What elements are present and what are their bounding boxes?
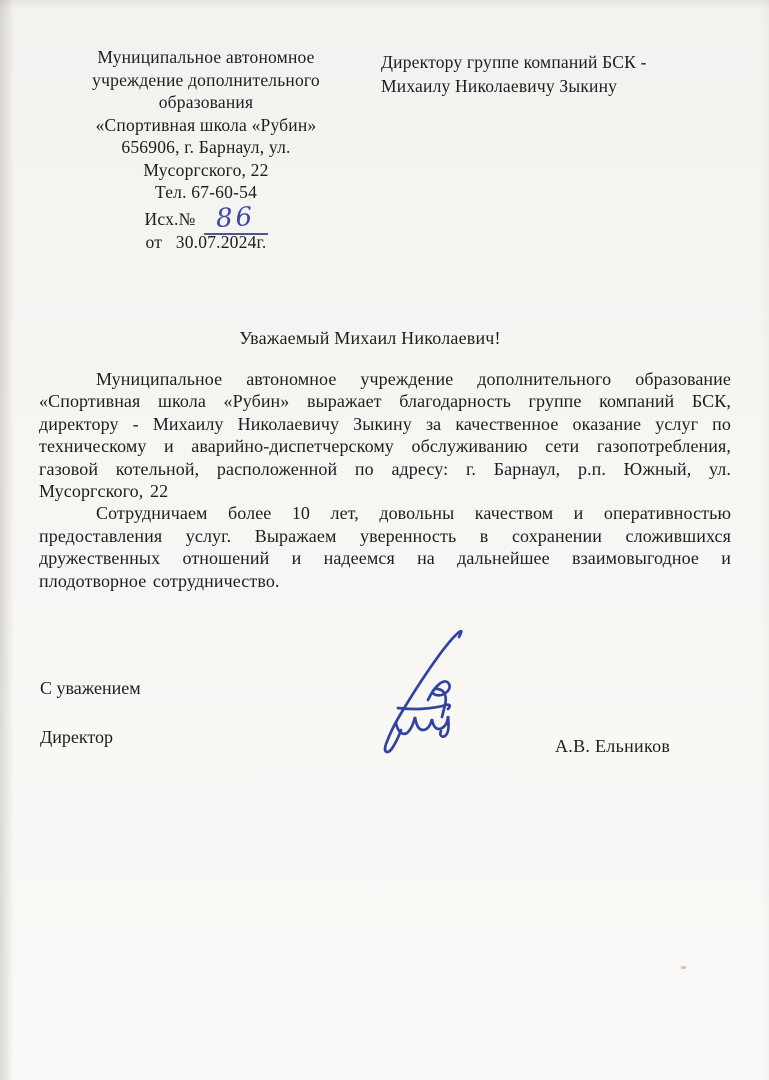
letter-body: Муниципальное автономное учреждение допо… xyxy=(39,368,731,592)
outgoing-ref-line: Исх.№86 xyxy=(60,204,352,231)
body-paragraph: Сотрудничаем более 10 лет, довольны каче… xyxy=(39,502,731,592)
recipient-block: Директору группе компаний БСК - Михаилу … xyxy=(381,50,721,98)
sender-line: «Спортивная школа «Рубин» xyxy=(60,114,352,137)
ref-underline: 86 xyxy=(204,204,268,235)
sender-line: Мусоргского, 22 xyxy=(60,159,352,182)
sender-line: 656906, г. Барнаул, ул. xyxy=(60,136,352,159)
signer-name: А.В. Ельников xyxy=(555,736,670,757)
handwritten-signature xyxy=(352,622,482,772)
recipient-line: Директору группе компаний БСК - xyxy=(381,50,721,74)
letter-document: Муниципальное автономное учреждение допо… xyxy=(0,0,769,1080)
ref-label: Исх.№ xyxy=(145,209,196,229)
body-paragraph: Муниципальное автономное учреждение допо… xyxy=(39,368,731,502)
salutation: Уважаемый Михаил Николаевич! xyxy=(0,328,740,349)
sender-line: образования xyxy=(60,91,352,114)
regards-line: С уважением xyxy=(40,678,141,699)
sender-block: Муниципальное автономное учреждение допо… xyxy=(60,46,352,253)
sender-line: учреждение дополнительного xyxy=(60,69,352,92)
sender-line: Тел. 67-60-54 xyxy=(60,181,352,204)
recipient-line: Михаилу Николаевичу Зыкину xyxy=(381,74,721,98)
paper-speck xyxy=(681,966,686,969)
sender-line: Муниципальное автономное xyxy=(60,46,352,69)
date-line: от 30.07.2024г. xyxy=(60,231,352,254)
position-title: Директор xyxy=(40,727,113,748)
ref-number-handwritten: 86 xyxy=(215,203,255,231)
